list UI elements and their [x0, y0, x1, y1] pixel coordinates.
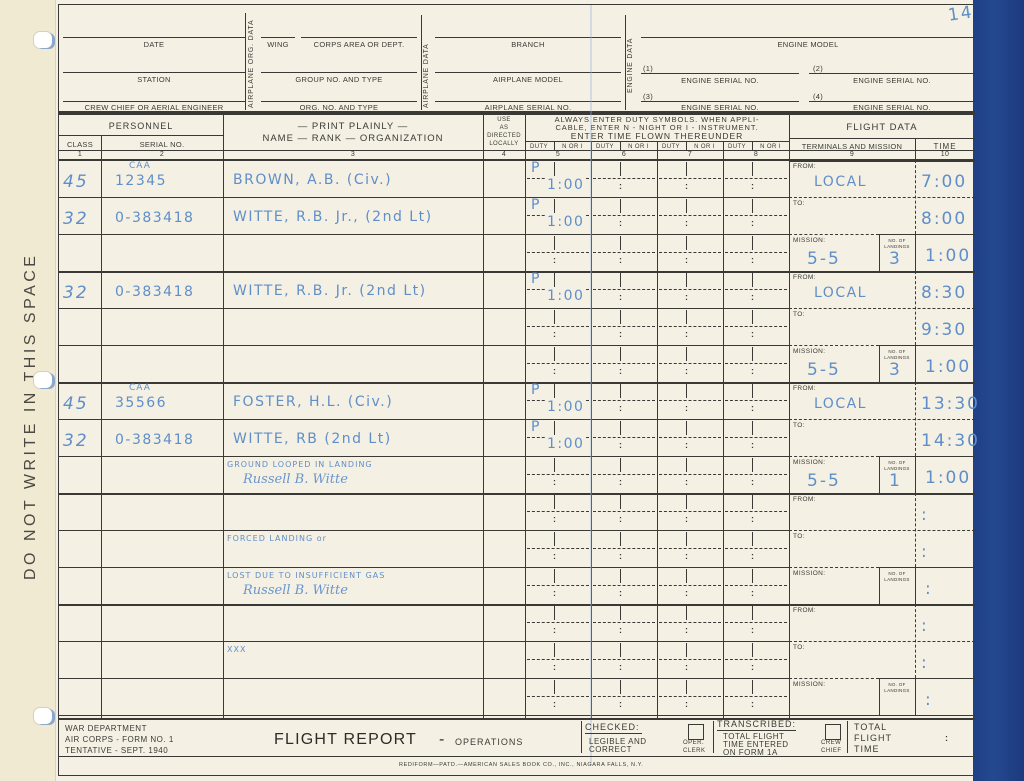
column-number: 10 [915, 151, 975, 158]
use-as-header-1: USE [483, 117, 525, 123]
duty-time-colon[interactable]: : [619, 625, 622, 635]
duty-time-colon[interactable]: : [619, 329, 622, 339]
duty-time-colon[interactable]: : [553, 514, 556, 524]
landings-label-2: LANDINGS [879, 577, 915, 582]
flight-duration[interactable]: 1:00 [925, 357, 971, 377]
duty-time-colon[interactable]: : [685, 255, 688, 265]
duty-time-colon[interactable]: : [553, 329, 556, 339]
serial-value[interactable]: 12345 [115, 173, 167, 189]
duty-time-colon[interactable]: : [619, 588, 622, 598]
column-number: 9 [789, 151, 915, 158]
form-date-label: TENTATIVE - SEPT. 1940 [65, 745, 168, 756]
to-label: TO: [793, 200, 805, 207]
airplane-org-data-label: AIRPLANE ORG. DATA [248, 20, 255, 108]
arrival-time[interactable]: 9:30 [921, 320, 967, 340]
duty-time-colon[interactable]: : [619, 366, 622, 376]
mission-label: MISSION: [793, 681, 825, 688]
departure-time[interactable]: 13:30 [921, 394, 980, 414]
flight-report-form-page: DO NOT WRITE IN THIS SPACE 14 DATE STATI… [0, 0, 1024, 781]
departure-time[interactable]: 7:00 [921, 172, 967, 192]
flight-duration[interactable]: 1:00 [925, 468, 971, 488]
name-rank-org-header: NAME — RANK — ORGANIZATION [223, 133, 483, 144]
duty-time-colon[interactable]: : [619, 218, 622, 228]
column-number: 6 [591, 151, 657, 158]
from-label: FROM: [793, 496, 816, 503]
duty-time-colon[interactable]: : [553, 551, 556, 561]
duty-time-colon[interactable]: : [685, 292, 688, 302]
duty-time-value[interactable]: 1:00 [545, 177, 586, 193]
engine-4-label: (4) [813, 92, 823, 101]
duty-time-colon[interactable]: : [619, 403, 622, 413]
class-value[interactable]: 45 [63, 172, 89, 192]
duty-time-colon[interactable]: : [685, 551, 688, 561]
punch-hole-icon [34, 372, 52, 388]
class-value[interactable]: 45 [63, 394, 89, 414]
printer-imprint: REDIFORM—PATD.—AMERICAN SALES BOOK CO., … [399, 760, 643, 771]
airplane-data-label: AIRPLANE DATA [423, 43, 430, 108]
duty-symbol[interactable]: P [531, 271, 541, 287]
duty-time-colon[interactable]: : [685, 514, 688, 524]
duty-time-colon[interactable]: : [751, 625, 754, 635]
arrival-time[interactable]: : [921, 542, 929, 562]
form-title-dash: - [439, 731, 446, 749]
landings-label-1: NO. OF [879, 571, 915, 576]
legible-label-2: CORRECT [589, 744, 632, 755]
form-subtitle: OPERATIONS [455, 737, 523, 748]
duty-time-colon[interactable]: : [553, 625, 556, 635]
date-field-label: DATE [63, 40, 245, 49]
airplane-model-field-label: AIRPLANE MODEL [435, 75, 621, 84]
name-rank-org-value[interactable]: BROWN, A.B. (Civ.) [233, 172, 392, 188]
duty-time-colon[interactable]: : [553, 366, 556, 376]
duty-time-value[interactable]: 1:00 [545, 214, 586, 230]
form-number-label: AIR CORPS - FORM NO. 1 [65, 734, 174, 745]
checked-label: CHECKED: [585, 722, 642, 734]
column-number: 3 [223, 151, 483, 158]
duty-time-colon[interactable]: : [751, 403, 754, 413]
to-label: TO: [793, 644, 805, 651]
flight-duration[interactable]: 1:00 [925, 246, 971, 266]
duty-symbol[interactable]: P [531, 382, 541, 398]
duty-time-colon[interactable]: : [619, 440, 622, 450]
print-plainly-header: — PRINT PLAINLY — [223, 121, 483, 132]
mission-value[interactable]: 5-5 [807, 471, 841, 491]
column-number: 1 [59, 151, 101, 158]
from-label: FROM: [793, 385, 816, 392]
duty-time-colon[interactable]: : [553, 588, 556, 598]
use-as-header-2: AS [483, 125, 525, 131]
duty-time-colon[interactable]: : [619, 662, 622, 672]
to-label: TO: [793, 422, 805, 429]
from-value[interactable]: LOCAL [814, 396, 867, 412]
name-rank-org-value[interactable]: WITTE, RB (2nd Lt) [233, 431, 392, 447]
duty-time-colon[interactable]: : [553, 255, 556, 265]
duty-time-colon[interactable]: : [685, 625, 688, 635]
handwritten-note: FORCED LANDING or [227, 534, 327, 543]
duty-time-value[interactable]: 1:00 [545, 288, 586, 304]
duty-symbol[interactable]: P [531, 160, 541, 176]
name-rank-org-value[interactable]: WITTE, R.B. Jr., (2nd Lt) [233, 209, 433, 225]
serial-value[interactable]: 35566 [115, 395, 167, 411]
duty-time-colon[interactable]: : [619, 477, 622, 487]
personnel-header: PERSONNEL [59, 121, 223, 131]
duty-time-colon[interactable]: : [619, 551, 622, 561]
column-number: 2 [101, 151, 223, 158]
duty-time-value[interactable]: 1:00 [545, 399, 586, 415]
duty-time-colon[interactable]: : [685, 662, 688, 672]
engine-data-label: ENGINE DATA [627, 38, 634, 93]
duty-time-colon[interactable]: : [751, 440, 754, 450]
duty-time-colon[interactable]: : [685, 181, 688, 191]
duty-time-colon[interactable]: : [751, 218, 754, 228]
mission-label: MISSION: [793, 570, 825, 577]
duty-time-colon[interactable]: : [553, 699, 556, 709]
arrival-time[interactable]: 8:00 [921, 209, 967, 229]
landings-label-1: NO. OF [879, 349, 915, 354]
class-value[interactable]: 32 [63, 431, 89, 451]
duty-time-colon[interactable]: : [685, 329, 688, 339]
use-as-header-4: LOCALLY [483, 141, 525, 147]
engine-serial-1-label: ENGINE SERIAL NO. [641, 76, 799, 85]
from-label: FROM: [793, 607, 816, 614]
name-rank-org-value[interactable]: FOSTER, H.L. (Civ.) [233, 394, 393, 410]
form-title: FLIGHT REPORT [274, 731, 417, 749]
to-label: TO: [793, 311, 805, 318]
duty-time-colon[interactable]: : [685, 588, 688, 598]
duty-time-colon[interactable]: : [685, 440, 688, 450]
group-no-field-label: GROUP NO. AND TYPE [261, 75, 417, 84]
flight-duration[interactable]: : [925, 579, 933, 599]
to-label: TO: [793, 533, 805, 540]
landings-count[interactable]: 1 [889, 471, 902, 491]
duty-time-colon[interactable]: : [751, 662, 754, 672]
handwritten-note: XXX [227, 645, 246, 654]
landings-label-2: LANDINGS [879, 688, 915, 693]
duty-time-colon[interactable]: : [751, 551, 754, 561]
duty-time-colon[interactable]: : [685, 366, 688, 376]
column-number: 7 [657, 151, 723, 158]
departure-time[interactable]: : [921, 616, 929, 636]
engine-3-label: (3) [643, 92, 653, 101]
do-not-write-label: DO NOT WRITE IN THIS SPACE [22, 253, 40, 580]
duty-time-colon[interactable]: : [685, 218, 688, 228]
total-flight-time-value[interactable]: : [945, 733, 948, 743]
landings-count[interactable]: 3 [889, 249, 902, 269]
duty-time-colon[interactable]: : [619, 292, 622, 302]
war-department-label: WAR DEPARTMENT [65, 723, 147, 734]
station-field-label: STATION [63, 75, 245, 84]
duty-instructions-line-3: ENTER TIME FLOWN THEREUNDER [525, 131, 789, 141]
serial-prefix: CAA [129, 161, 151, 171]
arrival-time[interactable]: : [921, 653, 929, 673]
duty-time-colon[interactable]: : [751, 366, 754, 376]
serial-no-header: SERIAL NO. [101, 140, 223, 149]
binding-stub: DO NOT WRITE IN THIS SPACE [0, 0, 56, 781]
duty-time-colon[interactable]: : [553, 662, 556, 672]
total-label-2: FLIGHT [854, 733, 892, 744]
duty-time-colon[interactable]: : [685, 699, 688, 709]
mission-label: MISSION: [793, 348, 825, 355]
name-rank-org-value[interactable]: WITTE, R.B. Jr. (2nd Lt) [233, 283, 427, 299]
duty-time-colon[interactable]: : [751, 699, 754, 709]
duty-time-colon[interactable]: : [553, 477, 556, 487]
serial-value[interactable]: 0-383418 [115, 432, 194, 448]
duty-time-colon[interactable]: : [751, 588, 754, 598]
duty-time-colon[interactable]: : [619, 699, 622, 709]
serial-value[interactable]: 0-383418 [115, 210, 194, 226]
duty-time-colon[interactable]: : [685, 403, 688, 413]
class-header: CLASS [59, 140, 101, 149]
duty-time-colon[interactable]: : [619, 181, 622, 191]
from-label: FROM: [793, 274, 816, 281]
from-label: FROM: [793, 163, 816, 170]
flight-data-header: FLIGHT DATA [789, 122, 975, 133]
punch-hole-icon [34, 708, 52, 724]
landings-label-1: NO. OF [879, 238, 915, 243]
blue-binding-strip [973, 0, 1024, 781]
total-label-1: TOTAL [854, 722, 887, 733]
engine-2-label: (2) [813, 64, 823, 73]
duty-time-colon[interactable]: : [751, 255, 754, 265]
from-value[interactable]: LOCAL [814, 174, 867, 190]
duty-time-colon[interactable]: : [751, 514, 754, 524]
duty-time-colon[interactable]: : [751, 477, 754, 487]
column-number: 8 [723, 151, 789, 158]
landings-label-1: NO. OF [879, 460, 915, 465]
departure-time[interactable]: : [921, 505, 929, 525]
duty-time-colon[interactable]: : [751, 292, 754, 302]
corps-area-field-label: CORPS AREA OR DEPT. [301, 40, 417, 49]
handwritten-note: GROUND LOOPED IN LANDING [227, 460, 373, 469]
duty-time-colon[interactable]: : [751, 329, 754, 339]
class-value[interactable]: 32 [63, 209, 89, 229]
engine-model-field-label: ENGINE MODEL [641, 40, 975, 49]
duty-time-value[interactable]: 1:00 [545, 436, 586, 452]
wing-field-label: WING [261, 40, 295, 49]
flight-duration[interactable]: : [925, 690, 933, 710]
duty-symbol[interactable]: P [531, 419, 541, 435]
punch-hole-icon [34, 32, 52, 48]
duty-time-colon[interactable]: : [619, 514, 622, 524]
handwritten-note: LOST DUE TO INSUFFICIENT GAS [227, 571, 385, 580]
mission-label: MISSION: [793, 237, 825, 244]
total-label-3: TIME [854, 744, 880, 755]
transcribed-label: TRANSCRIBED: [717, 719, 796, 731]
pencil-mark [590, 5, 592, 765]
column-number: 5 [525, 151, 591, 158]
arrival-time[interactable]: 14:30 [921, 431, 980, 451]
mission-value[interactable]: 5-5 [807, 249, 841, 269]
engine-serial-2-label: ENGINE SERIAL NO. [809, 76, 975, 85]
duty-symbol[interactable]: P [531, 197, 541, 213]
mission-label: MISSION: [793, 459, 825, 466]
branch-field-label: BRANCH [435, 40, 621, 49]
use-as-header-3: DIRECTED [483, 133, 525, 139]
landings-label-1: NO. OF [879, 682, 915, 687]
duty-time-colon[interactable]: : [751, 181, 754, 191]
duty-time-colon[interactable]: : [619, 255, 622, 265]
serial-prefix: CAA [129, 383, 151, 393]
mission-value[interactable]: 5-5 [807, 360, 841, 380]
serial-value[interactable]: 0-383418 [115, 284, 194, 300]
landings-count[interactable]: 3 [889, 360, 902, 380]
duty-time-colon[interactable]: : [685, 477, 688, 487]
from-value[interactable]: LOCAL [814, 285, 867, 301]
engine-1-label: (1) [643, 64, 653, 73]
signature: Russell B. Witte [243, 472, 348, 487]
form-grid: DATE STATION CREW CHIEF OR AERIAL ENGINE… [58, 4, 974, 776]
departure-time[interactable]: 8:30 [921, 283, 967, 303]
signature: Russell B. Witte [243, 583, 348, 598]
class-value[interactable]: 32 [63, 283, 89, 303]
column-number: 4 [483, 151, 525, 158]
